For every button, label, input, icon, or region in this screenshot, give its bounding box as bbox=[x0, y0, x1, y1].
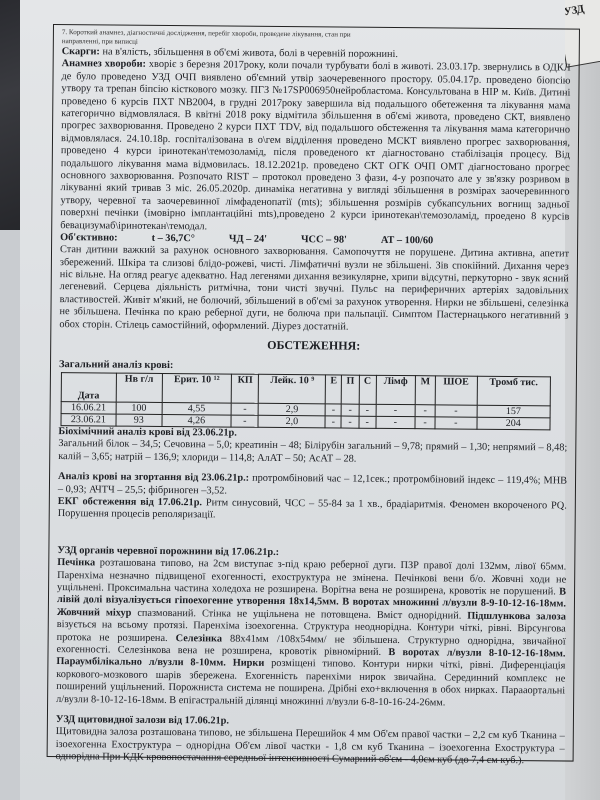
table-header-cell: Е bbox=[326, 375, 342, 404]
table-cell: 23.06.21 bbox=[61, 414, 116, 426]
table-cell: - bbox=[375, 416, 415, 428]
table-header-cell: П bbox=[341, 375, 359, 404]
table-header-cell: КП bbox=[231, 374, 259, 403]
gallbladder-label: Жовчний міхур bbox=[57, 607, 132, 619]
ecg: ЕКГ обстеження від 17.06.21р. Ритм синус… bbox=[58, 496, 567, 525]
table-cell: 204 bbox=[477, 417, 551, 430]
table-header-row: ДатаНв г/лЕрит. 10 ¹²КПЛейк. 10 ⁹ЕПСЛімф… bbox=[61, 373, 550, 406]
table-header-cell: Ерит. 10 ¹² bbox=[162, 373, 232, 403]
table-header-cell: Дата bbox=[61, 373, 116, 402]
exam-section-title: ОБСТЕЖЕННЯ: bbox=[59, 336, 568, 355]
table-header-cell: Лейк. 10 ⁹ bbox=[259, 374, 326, 404]
table-cell: - bbox=[359, 404, 376, 416]
table-cell: - bbox=[341, 416, 359, 428]
anamnesis: Анамнез хвороби: хворіє з березня 2017ро… bbox=[60, 58, 570, 236]
table-cell: - bbox=[325, 416, 341, 428]
kidneys-label: Нирки bbox=[233, 658, 265, 669]
liver-label: Печінка bbox=[57, 557, 95, 568]
biochem-title: Біохімічний аналіз крові від 23.06.21р. bbox=[58, 426, 236, 439]
us-thyroid-text: Щитовидна залоза розташована типово, не … bbox=[56, 727, 565, 767]
table-cell: - bbox=[231, 403, 259, 415]
vital-temperature: t – 36,7С° bbox=[152, 233, 195, 245]
table-cell: - bbox=[415, 417, 435, 429]
side-card-label: УЗД bbox=[563, 3, 585, 18]
table-cell: 4,26 bbox=[162, 414, 231, 427]
anamnesis-label: Анамнез хвороби: bbox=[62, 58, 146, 70]
table-cell: - bbox=[341, 404, 359, 416]
biochem-text: Загальний білок – 34,5; Сечовина – 5,0; … bbox=[58, 438, 567, 464]
us-abdomen-title: УЗД органів черевної порожнини від 17.06… bbox=[57, 545, 279, 558]
table-cell: 93 bbox=[116, 414, 162, 426]
us-thyroid: УЗД щитовидної залози від 17.06.21р. Щит… bbox=[56, 714, 565, 768]
table-header-cell: ШОЕ bbox=[435, 376, 477, 405]
medical-record-frame: 7. Короткий анамнез, діагностичні дослід… bbox=[47, 24, 580, 762]
table-cell: - bbox=[325, 404, 341, 416]
table-header-cell: Лімф bbox=[376, 375, 416, 404]
table-cell: 2,0 bbox=[258, 415, 325, 428]
us-abdomen: УЗД органів черевної порожнини від 17.06… bbox=[56, 545, 566, 711]
table-cell: - bbox=[359, 416, 376, 428]
table-cell: 157 bbox=[477, 405, 551, 418]
table-header-cell: Тромб тис. bbox=[477, 376, 551, 406]
gallbladder-text: спазмований. Стінка не ущільнена не пото… bbox=[137, 608, 461, 622]
table-cell: 4,55 bbox=[162, 402, 231, 415]
liver-text: розташована типово, на 2см виступає з-пі… bbox=[57, 558, 566, 598]
spleen-label: Селезінка bbox=[176, 633, 222, 644]
us-thyroid-title: УЗД щитовидної залози від 17.06.21р. bbox=[56, 714, 229, 727]
table-cell: - bbox=[376, 404, 416, 416]
complaints-label: Скарги: bbox=[62, 46, 100, 57]
table-cell: - bbox=[231, 415, 259, 427]
objective-label: Об'єктивно: bbox=[60, 232, 118, 245]
coag-title: Аналіз крові на згортання від 23.06.21р.… bbox=[58, 471, 249, 484]
table-cell: 2,9 bbox=[259, 403, 326, 416]
objective-text: Стан дитини важкий за рахунок основного … bbox=[59, 244, 569, 335]
table-cell: 100 bbox=[116, 402, 162, 414]
table-header-cell: М bbox=[415, 376, 435, 405]
table-cell: - bbox=[435, 405, 477, 417]
complaints-text: на в'ялість, збільшення в об'ємі живота,… bbox=[102, 46, 398, 60]
table-header-cell: Нв г/л bbox=[116, 373, 162, 402]
pancreas-label: Підшлункова залоза bbox=[467, 610, 566, 622]
blood-general-table: ДатаНв г/лЕрит. 10 ¹²КПЛейк. 10 ⁹ЕПСЛімф… bbox=[60, 372, 550, 430]
biochem: Біохімічний аналіз крові від 23.06.21р. … bbox=[58, 426, 567, 468]
vital-blood-pressure: АТ – 100/60 bbox=[381, 235, 433, 247]
table-cell: 16.06.21 bbox=[61, 402, 116, 414]
table-cell: - bbox=[435, 417, 477, 429]
vital-heart-rate: ЧСС – 98' bbox=[301, 234, 347, 246]
table-header-cell: С bbox=[359, 375, 376, 404]
ecg-title: ЕКГ обстеження від 17.06.21р. bbox=[58, 496, 202, 508]
vital-respiratory-rate: ЧД – 24' bbox=[229, 234, 267, 246]
table-cell: - bbox=[415, 405, 435, 417]
anamnesis-text: хворіє з березня 2017року, коли почали т… bbox=[60, 59, 570, 232]
